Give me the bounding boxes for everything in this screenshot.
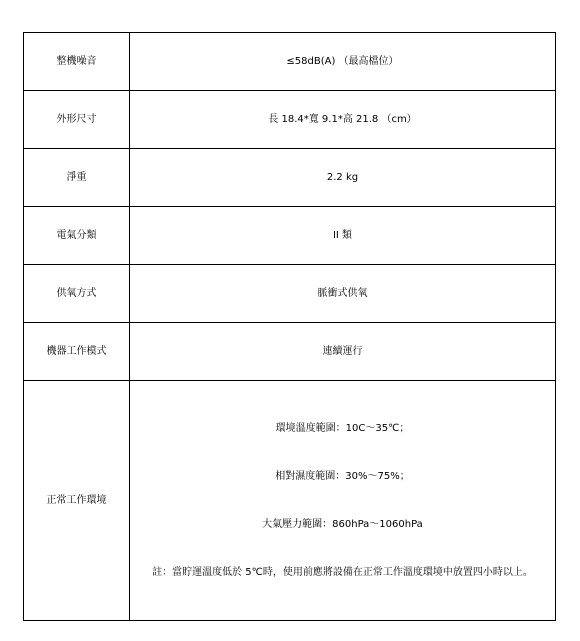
table-row-operation-mode: 機器工作模式 連續運行 [24,323,556,381]
spec-label: 電氣分類 [24,207,130,265]
storage-note: 註：當貯運溫度低於 5℃時，使用前應將設備在正常工作溫度環境中放置四小時以上。 [130,549,555,597]
table-row-environment: 正常工作環境 環境溫度範圍：10C～35℃； 相對濕度範圍：30%～75%； 大… [24,381,556,621]
spec-label: 整機噪音 [24,33,130,91]
spec-value: 2.2 kg [130,149,556,207]
spec-value: 長 18.4*寬 9.1*高 21.8 （cm） [130,91,556,149]
spec-table: 整機噪音 ≤58dB(A) （最高檔位） 外形尺寸 長 18.4*寬 9.1*高… [23,32,556,621]
table-row-oxygen-supply: 供氧方式 脈衝式供氧 [24,265,556,323]
spec-label: 外形尺寸 [24,91,130,149]
humidity-range: 相對濕度範圍：30%～75%； [130,453,555,501]
table-row-electrical-class: 電氣分類 II 類 [24,207,556,265]
spec-value: 脈衝式供氧 [130,265,556,323]
pressure-range: 大氣壓力範圍：860hPa～1060hPa [130,501,555,549]
table-row-weight: 淨重 2.2 kg [24,149,556,207]
spec-value: ≤58dB(A) （最高檔位） [130,33,556,91]
spec-label: 正常工作環境 [24,381,130,621]
spec-label: 淨重 [24,149,130,207]
spec-value: 連續運行 [130,323,556,381]
environment-conditions: 環境溫度範圍：10C～35℃； 相對濕度範圍：30%～75%； 大氣壓力範圍：8… [130,381,556,621]
table-row-noise: 整機噪音 ≤58dB(A) （最高檔位） [24,33,556,91]
spec-label: 供氧方式 [24,265,130,323]
table-row-dimensions: 外形尺寸 長 18.4*寬 9.1*高 21.8 （cm） [24,91,556,149]
spec-label: 機器工作模式 [24,323,130,381]
spec-value: II 類 [130,207,556,265]
temperature-range: 環境溫度範圍：10C～35℃； [130,405,555,453]
